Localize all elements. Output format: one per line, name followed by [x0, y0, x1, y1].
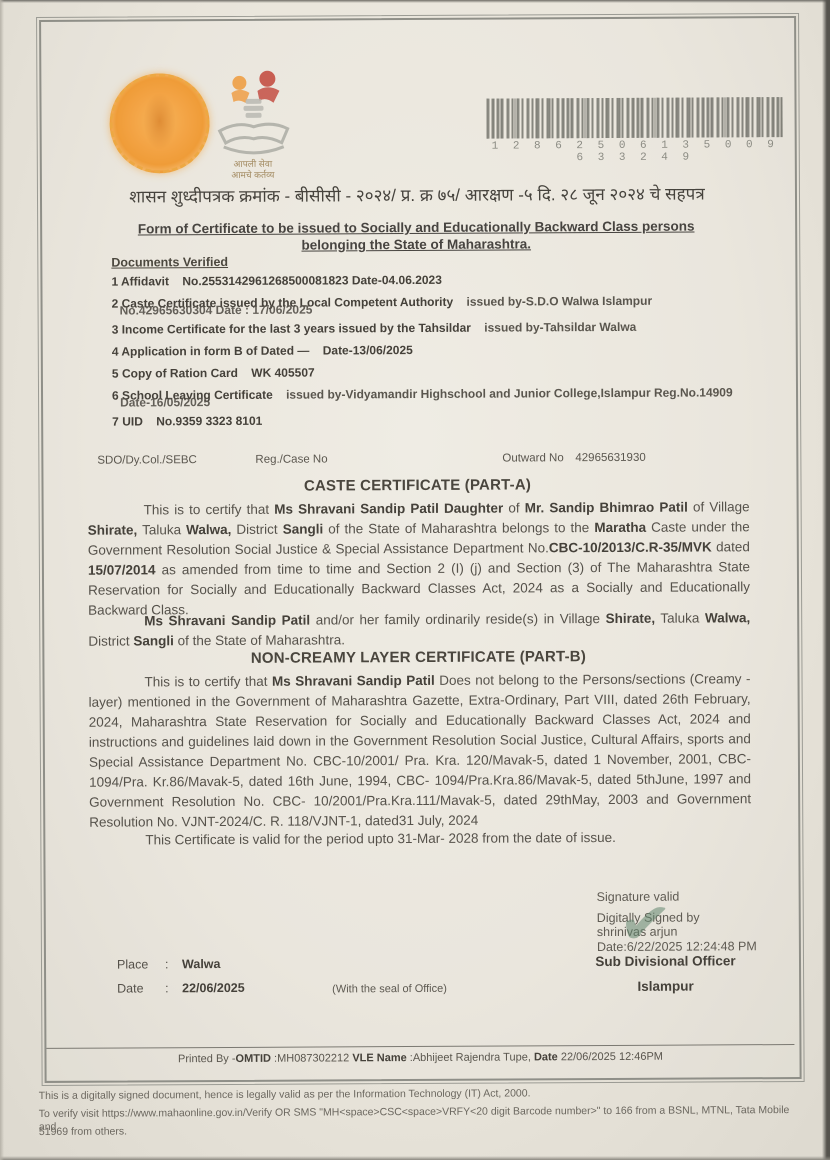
outward-no-value: 42965631930: [575, 452, 645, 464]
seal-of-office-note: (With the seal of Office): [332, 983, 447, 996]
officer-place: Islampur: [558, 978, 773, 994]
part-b-paragraph: This is to certify that Ms Shravani Sand…: [88, 669, 751, 832]
document-item-application-form-b: 4 Application in form B of Dated — Date-…: [112, 342, 760, 358]
logo-caption-line1: आपली सेवा: [210, 159, 296, 170]
place-colon: :: [165, 957, 169, 971]
sdo-label: SDO/Dy.Col./SEBC: [97, 454, 197, 467]
outward-no-label: Outward No: [502, 452, 563, 464]
aaple-sarkar-logo-icon: [209, 69, 295, 161]
digital-signature-block: Signature valid Digitally Signed by shri…: [597, 889, 807, 954]
document-item-school-leaving-detail: Date-16/05/2025: [120, 396, 210, 409]
form-title-line1: Form of Certificate to be issued to Soci…: [86, 217, 746, 237]
part-a-heading: CASTE CERTIFICATE (PART-A): [87, 475, 747, 495]
part-b-heading: NON-CREAMY LAYER CERTIFICATE (PART-B): [88, 647, 748, 667]
gazette-reference-line: शासन शुध्दीपत्रक क्रमांक - बीसीसी - २०२४…: [58, 181, 776, 208]
document-item-affidavit: 1 Affidavit No.2553142961268500081823 Da…: [111, 272, 759, 288]
maharashtra-state-seal-icon: [109, 73, 210, 174]
documents-verified-list: 1 Affidavit No.2553142961268500081823 Da…: [111, 272, 760, 437]
document-item-uid: 7 UID No.9359 3323 8101: [112, 412, 760, 428]
document-item-income-certificate: 3 Income Certificate for the last 3 year…: [112, 320, 760, 336]
aaple-sarkar-caption: आपली सेवा आमचे कर्तव्य: [210, 159, 296, 181]
barcode: [486, 97, 782, 139]
documents-verified-heading: Documents Verified: [111, 255, 228, 270]
date-colon: :: [165, 981, 169, 995]
certificate-sheet: आपली सेवा आमचे कर्तव्य 1 2 8 6 2 5 0 6 1…: [0, 0, 830, 1160]
validity-statement: This Certificate is valid for the period…: [89, 827, 751, 850]
form-title-line2: belonging the State of Maharashtra.: [86, 234, 746, 254]
document-item-school-leaving-certificate: Date-16/05/20256 School Leaving Certific…: [112, 386, 760, 402]
part-a-paragraph-2: Ms Shravani Sandip Patil and/or her fami…: [88, 608, 750, 651]
document-item-ration-card: 5 Copy of Ration Card WK 405507: [112, 364, 760, 380]
signature-check-icon: ✔: [616, 891, 674, 958]
reg-case-no-label: Reg./Case No: [255, 453, 327, 465]
logo-caption-line2: आमचे कर्तव्य: [210, 170, 296, 181]
place-value: Walwa: [182, 957, 221, 971]
disclaimer-line-3: 51969 from others.: [39, 1122, 809, 1139]
part-a-paragraph-1: This is to certify that Ms Shravani Sand…: [88, 497, 751, 620]
document-item-caste-certificate: No.42965630304 Date : 17/06/20252 Caste …: [112, 294, 760, 310]
disclaimer-line-1: This is a digitally signed document, hen…: [39, 1086, 809, 1103]
barcode-number: 1 2 8 6 2 5 0 6 1 3 5 0 0 9 6 3 3 2 4 9: [487, 139, 783, 165]
place-label: Place: [117, 957, 148, 971]
date-value: 22/06/2025: [182, 981, 245, 995]
date-label: Date: [117, 981, 143, 995]
form-title: Form of Certificate to be issued to Soci…: [86, 217, 746, 254]
document-item-caste-certificate-detail: No.42965630304 Date : 17/06/2025: [120, 304, 313, 318]
